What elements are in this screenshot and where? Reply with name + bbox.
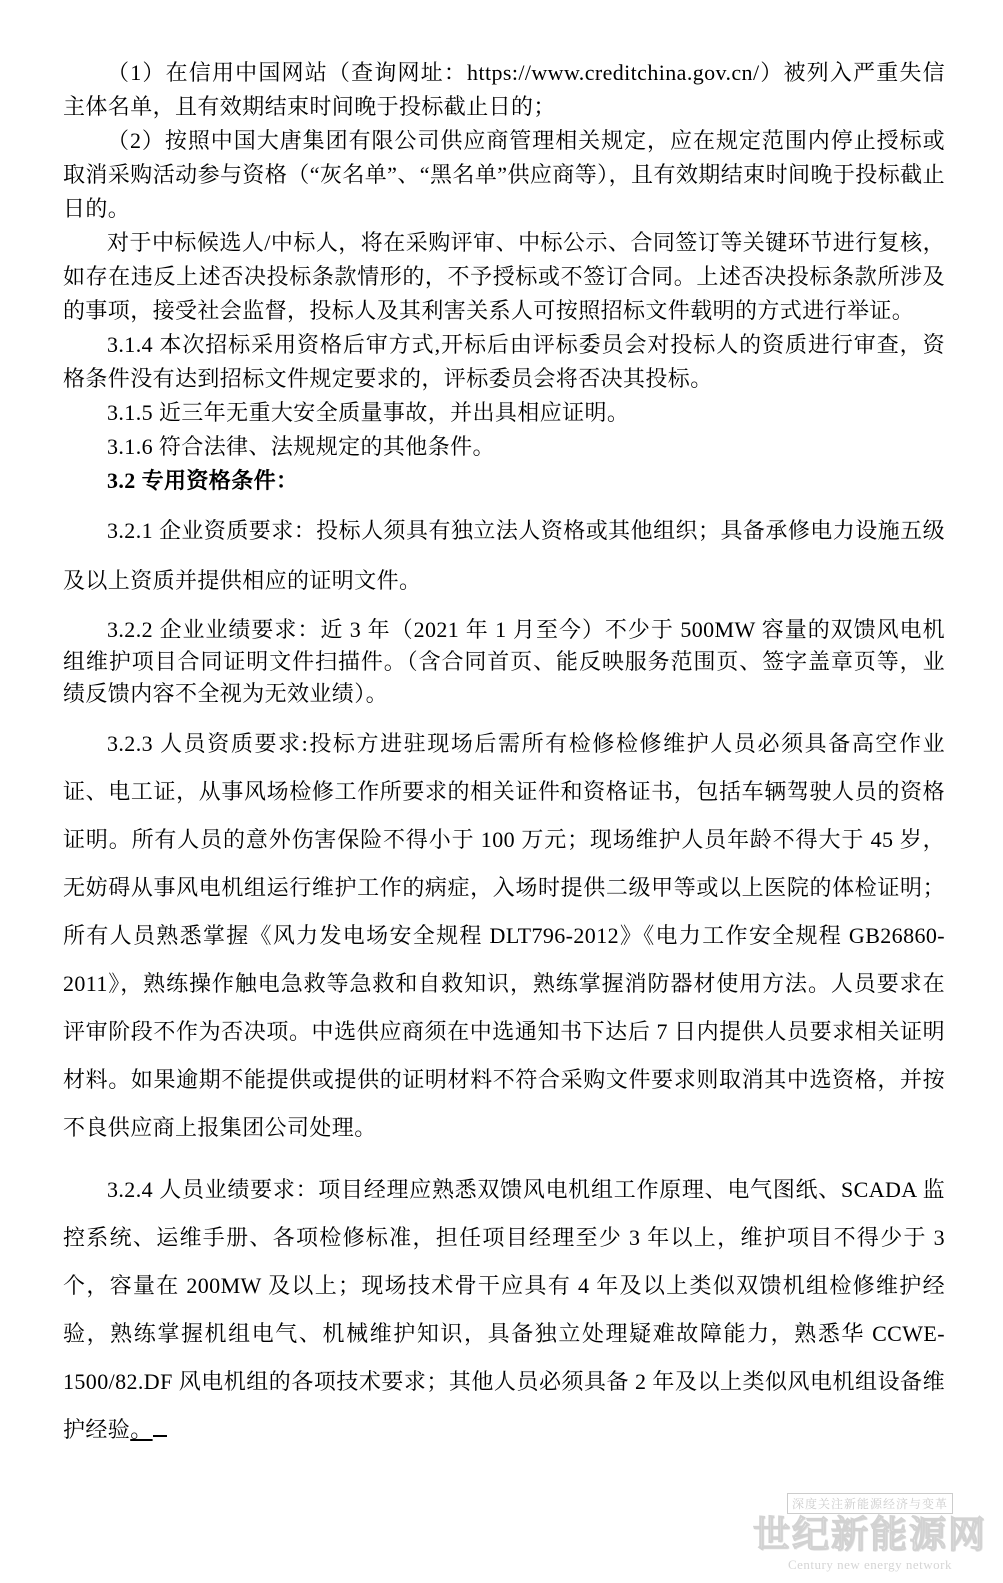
paragraph-clause-1: （1）在信用中国网站（查询网址：https://www.creditchina.… — [63, 56, 945, 124]
paragraph-3-1-6: 3.1.6 符合法律、法规规定的其他条件。 — [63, 430, 945, 464]
paragraph-3-1-5: 3.1.5 近三年无重大安全质量事故，并出具相应证明。 — [63, 396, 945, 430]
trailing-underline-blank — [153, 1433, 167, 1437]
watermark-subtitle: Century new energy network — [753, 1557, 987, 1573]
paragraph-3-2-1: 3.2.1 企业资质要求：投标人须具有独立法人资格或其他组织；具备承修电力设施五… — [63, 506, 945, 606]
heading-3-2: 3.2 专用资格条件： — [63, 464, 945, 498]
paragraph-3-2-4-text: 3.2.4 人员业绩要求：项目经理应熟悉双馈风电机组工作原理、电气图纸、SCAD… — [63, 1177, 945, 1442]
watermark-tagline: 深度关注新能源经济与变革 — [787, 1493, 953, 1514]
paragraph-3-1-4: 3.1.4 本次招标采用资格后审方式,开标后由评标委员会对投标人的资质进行审查，… — [63, 328, 945, 396]
watermark-title: 世纪新能源网 — [753, 1517, 987, 1556]
paragraph-3-2-3: 3.2.3 人员资质要求:投标方进驻现场后需所有检修检修维护人员必须具备高空作业… — [63, 720, 945, 1152]
document-page: （1）在信用中国网站（查询网址：https://www.creditchina.… — [0, 0, 1003, 1583]
watermark: 深度关注新能源经济与变革 世纪新能源网 Century new energy n… — [753, 1493, 987, 1573]
paragraph-clause-2: （2）按照中国大唐集团有限公司供应商管理相关规定，应在规定范围内停止授标或取消采… — [63, 124, 945, 226]
trailing-underline-period: 。 — [130, 1417, 152, 1442]
paragraph-review-clause: 对于中标候选人/中标人，将在采购评审、中标公示、合同签订等关键环节进行复核，如存… — [63, 226, 945, 328]
paragraph-3-2-4: 3.2.4 人员业绩要求：项目经理应熟悉双馈风电机组工作原理、电气图纸、SCAD… — [63, 1166, 945, 1454]
paragraph-3-2-2: 3.2.2 企业业绩要求：近 3 年（2021 年 1 月至今）不少于 500M… — [63, 614, 945, 710]
